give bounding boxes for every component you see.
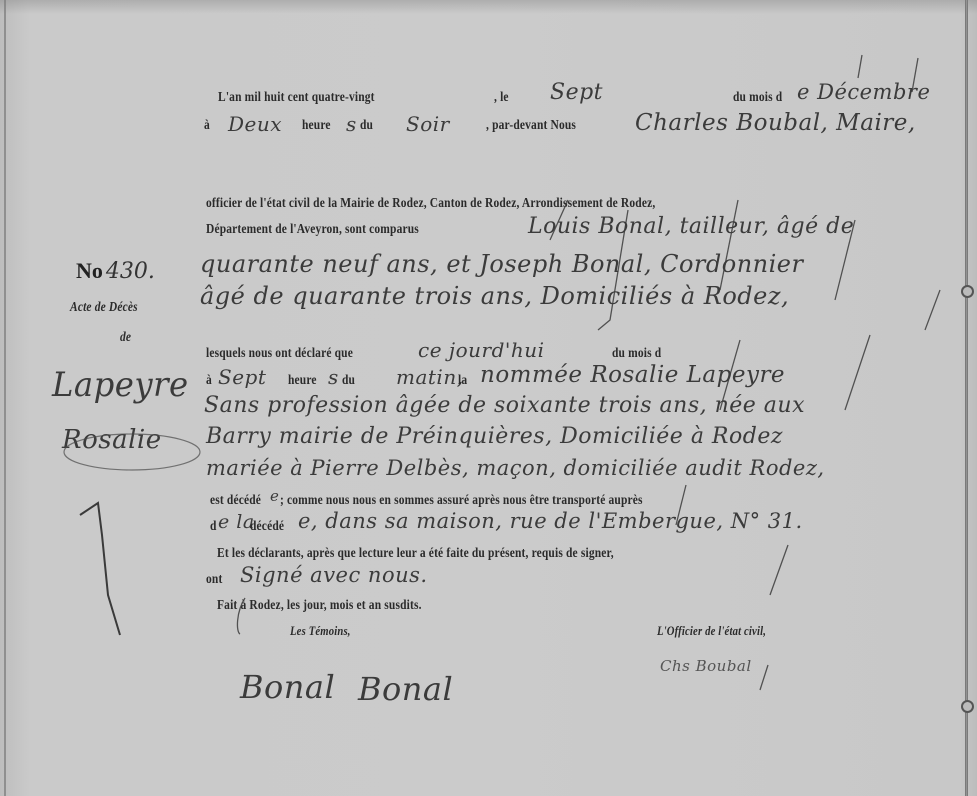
pen-strokes bbox=[0, 0, 977, 796]
scanned-register-page: No430. Acte de Décès de Lapeyre Rosalie … bbox=[0, 0, 977, 796]
